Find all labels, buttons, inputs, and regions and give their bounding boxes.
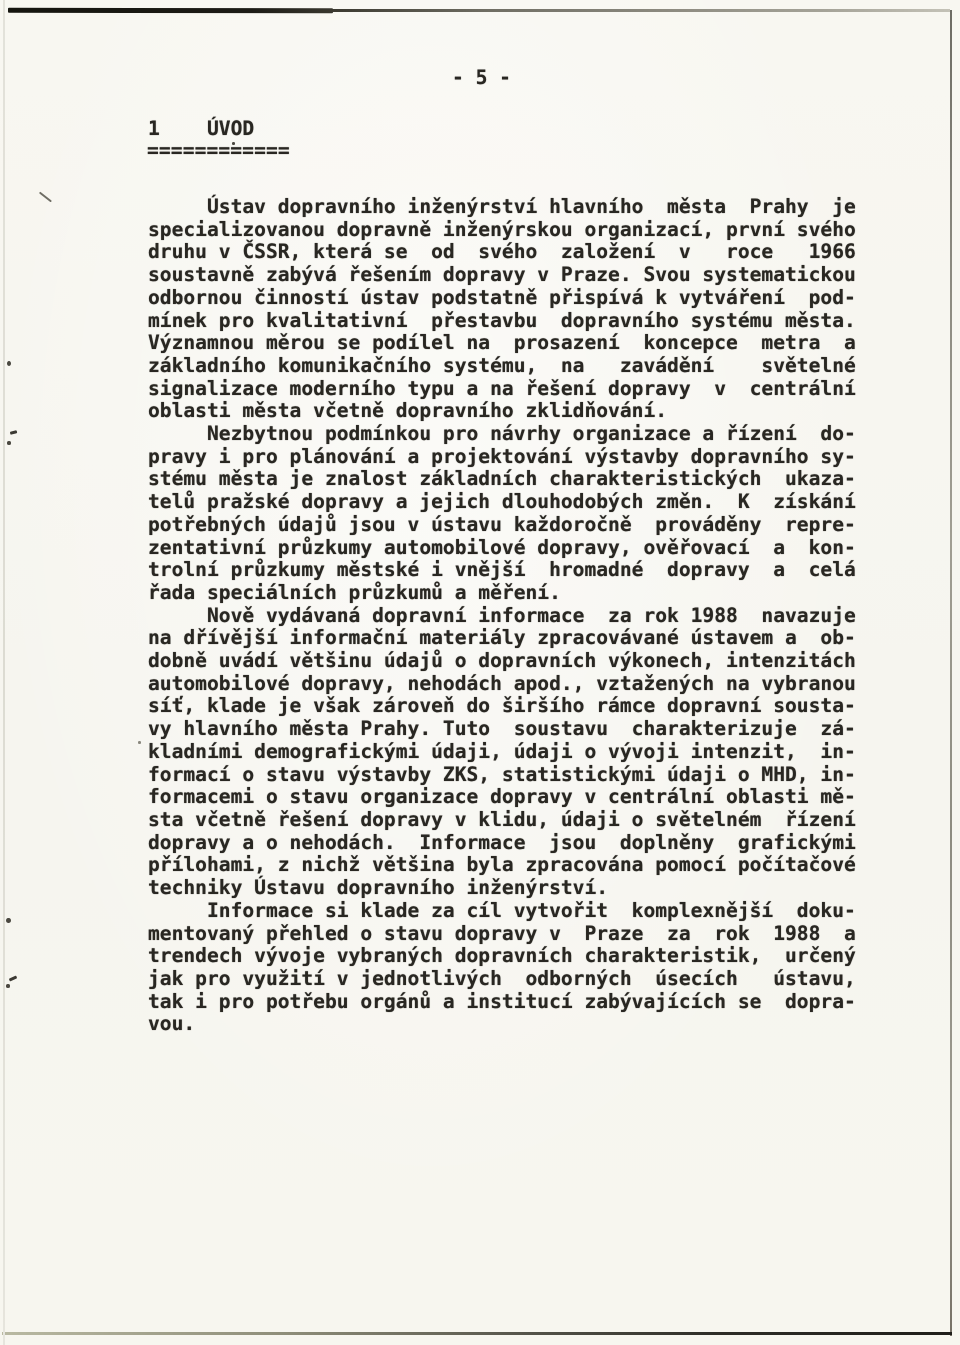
text-line: soustavně zabývá řešením dopravy v Praze…: [148, 264, 856, 287]
text-line: základního komunikačního systému, na zav…: [148, 355, 856, 378]
text-line: dopravy a o nehodách. Informace jsou dop…: [148, 832, 856, 855]
text-line: sta včetně řešení dopravy v klidu, údaji…: [148, 809, 856, 832]
text-line: automobilové dopravy, nehodách apod., vz…: [148, 673, 856, 696]
text-line: tak i pro potřebu orgánů a institucí zab…: [148, 991, 856, 1014]
section-heading: 1 ÚVOD: [148, 117, 254, 140]
text-line: formací o stavu výstavby ZKS, statistick…: [148, 764, 856, 787]
text-line: techniky Ústavu dopravního inženýrství.: [148, 877, 856, 900]
text-line: pravy i pro plánování a projektování výs…: [148, 446, 856, 469]
text-line: formacemi o stavu organizace dopravy v c…: [148, 786, 856, 809]
text-line: stému města je znalost základních charak…: [148, 468, 856, 491]
text-line: trendech vývoje vybraných dopravních cha…: [148, 945, 856, 968]
text-line: Nezbytnou podmínkou pro návrhy organizac…: [148, 423, 856, 446]
document-body: Ústav dopravního inženýrství hlavního mě…: [148, 196, 856, 1036]
text-line: trolní průzkumy městské i vnější hromadn…: [148, 559, 856, 582]
text-line: řada speciálních průzkumů a měření.: [148, 582, 856, 605]
text-line: síť, klade je však zároveň do širšího rá…: [148, 695, 856, 718]
text-line: jak pro využití v jednotlivých odborných…: [148, 968, 856, 991]
text-line: Významnou měrou se podílel na prosazení …: [148, 332, 856, 355]
section-heading-underline: ============: [147, 139, 290, 162]
text-line: Ústav dopravního inženýrství hlavního mě…: [148, 196, 856, 219]
text-line: Informace si klade za cíl vytvořit kompl…: [148, 900, 856, 923]
text-line: vou.: [148, 1013, 856, 1036]
text-line: mentovaný přehled o stavu dopravy v Praz…: [148, 923, 856, 946]
text-line: telů pražské dopravy a jejich dlouhodobý…: [148, 491, 856, 514]
text-line: druhu v ČSSR, která se od svého založení…: [148, 241, 856, 264]
text-line: přílohami, z nichž většina byla zpracová…: [148, 854, 856, 877]
text-line: kladními demografickými údaji, údaji o v…: [148, 741, 856, 764]
text-line: oblasti města včetně dopravního zklidňov…: [148, 400, 856, 423]
text-line: zentativní průzkumy automobilové dopravy…: [148, 537, 856, 560]
text-line: signalizace moderního typu a na řešení d…: [148, 378, 856, 401]
text-line: Nově vydávaná dopravní informace za rok …: [148, 605, 856, 628]
text-line: na dřívější informační materiály zpracov…: [148, 627, 856, 650]
text-line: specializovanou dopravně inženýrskou org…: [148, 219, 856, 242]
text-line: potřebných údajů jsou v ústavu každoročn…: [148, 514, 856, 537]
text-line: mínek pro kvalitativní přestavbu dopravn…: [148, 310, 856, 333]
text-line: dobně uvádí většinu údajů o dopravních v…: [148, 650, 856, 673]
text-line: odbornou činností ústav podstatně přispí…: [148, 287, 856, 310]
text-line: vy hlavního města Prahy. Tuto soustavu c…: [148, 718, 856, 741]
page-number: - 5 -: [452, 67, 511, 89]
